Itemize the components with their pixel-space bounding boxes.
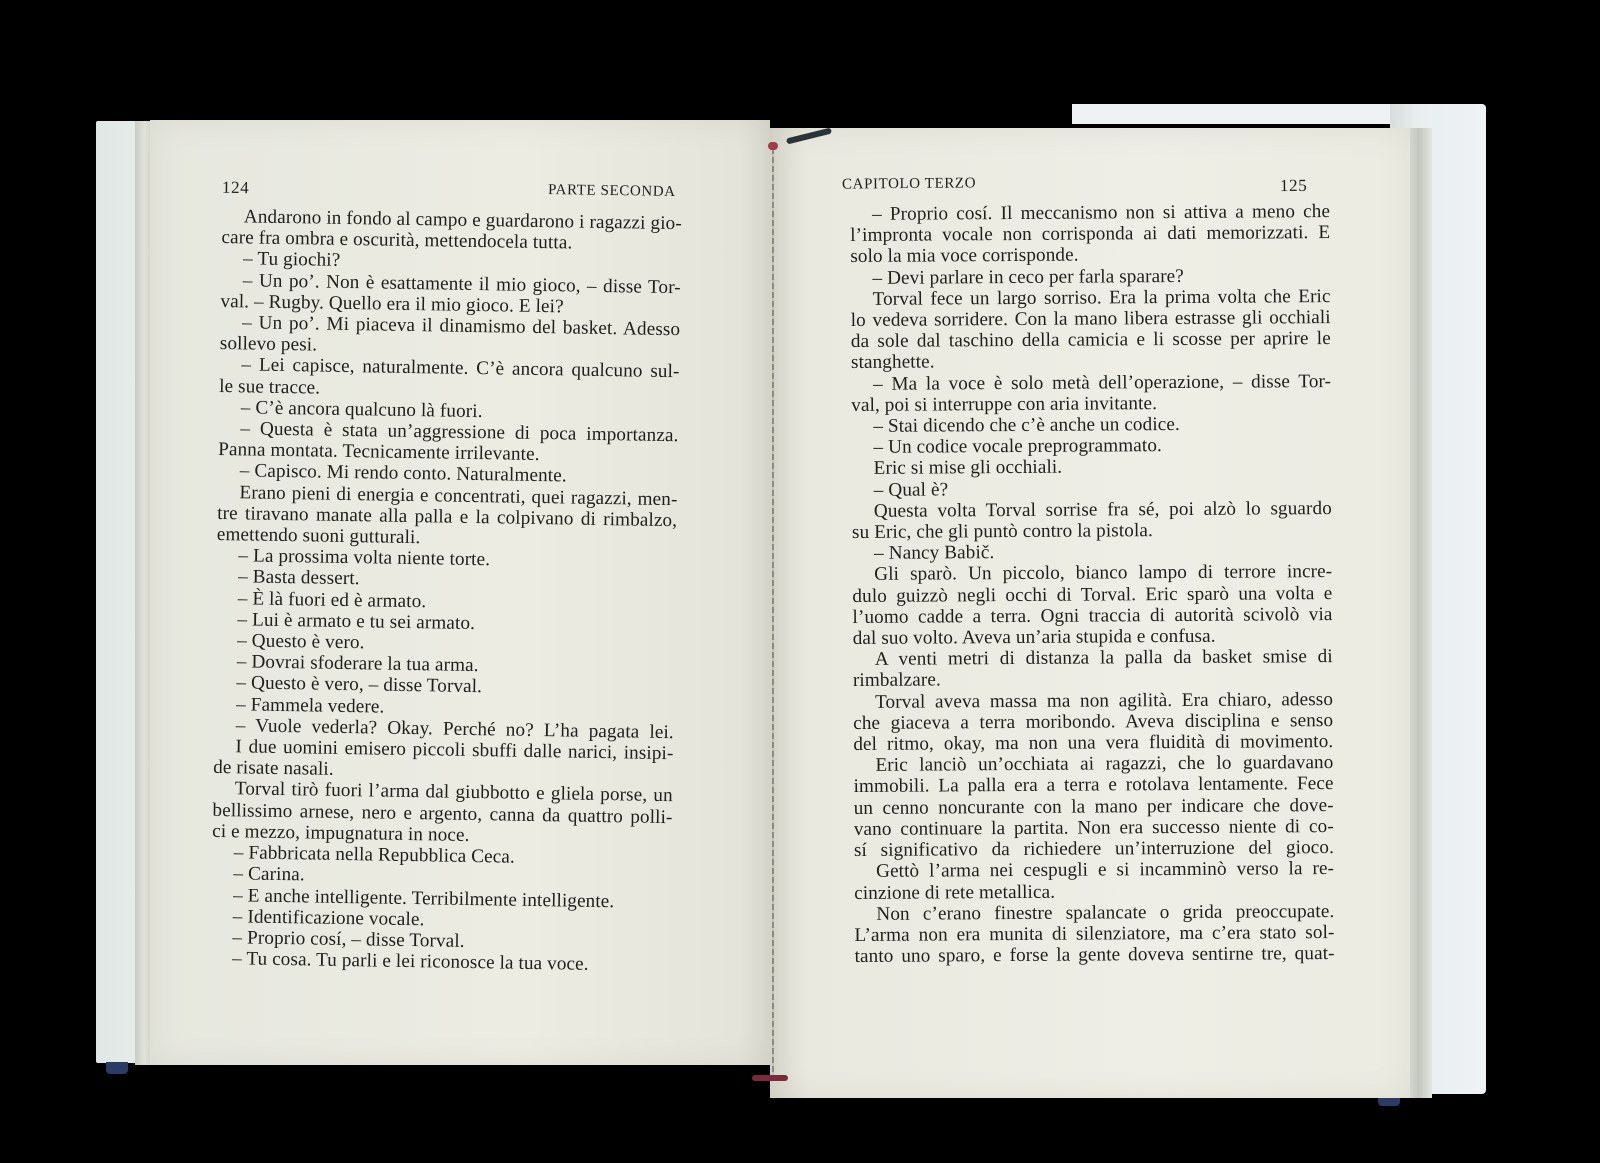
headband [768, 142, 778, 150]
text-line: Gli sparò. Un piccolo, bianco lampo di t… [852, 562, 1332, 586]
text-line: rimbalzare. [853, 668, 1333, 692]
text-line: – Nancy Babič. [852, 540, 1332, 564]
right-running-head: CAPITOLO TERZO [842, 175, 976, 193]
text-line: del ritmo, okay, ma non una vera fluidit… [853, 731, 1333, 755]
text-line: vano continuare la partita. Non era succ… [854, 816, 1334, 840]
book-gutter [772, 148, 774, 1078]
cover-foot-left [106, 1062, 128, 1074]
text-line: Torval aveva massa ma non agilità. Era c… [853, 689, 1333, 713]
text-line: lo vedeva sorridere. Con la mano libera … [851, 307, 1331, 331]
text-line: dal suo volto. Aveva un’aria stupida e c… [853, 625, 1333, 649]
text-line: Gettò l’arma nei cespugli e si incamminò… [854, 858, 1334, 882]
text-line: dulo guizzò negli occhi di Torval. Eric … [852, 583, 1332, 607]
text-line: – Ma la voce è solo metà dell’operazione… [851, 371, 1331, 395]
text-line: val, poi si interruppe con aria invitant… [851, 392, 1331, 416]
text-line: Eric lanciò un’occhiata ai ragazzi, che … [853, 752, 1333, 776]
text-line: l’uomo cadde a terra. Ogni traccia di au… [852, 604, 1332, 628]
text-line: Eric si mise gli occhiali. [852, 456, 1332, 480]
left-running-head: PARTE SECONDA [548, 182, 676, 201]
photo-scene: 124 PARTE SECONDA CAPITOLO TERZO 125 And… [0, 0, 1600, 1163]
text-line: che giaceva a terra moribondo. Aveva dis… [853, 710, 1333, 734]
text-line: immobili. La palla era a terra e rotolav… [853, 774, 1333, 798]
text-line: cinzione di rete metallica. [854, 880, 1334, 904]
left-page-number: 124 [222, 178, 250, 198]
text-line: solo la mia voce corrisponde. [850, 243, 1330, 267]
right-page-stack [1410, 128, 1432, 1098]
text-line: Non c’erano finestre spalancate o grida … [854, 901, 1334, 925]
text-line: tanto uno sparo, e forse la gente doveva… [855, 943, 1335, 967]
right-page-number: 125 [1280, 176, 1307, 196]
text-line: l’impronta vocale non corrisponda ai dat… [850, 222, 1330, 246]
text-line: un cenno noncurante con la mano per indi… [854, 795, 1334, 819]
text-line: da sole dal taschino della camicia e li … [851, 328, 1331, 352]
text-line: stanghette. [851, 349, 1331, 373]
text-line: A venti metri di distanza la palla da ba… [853, 646, 1333, 670]
tailband [752, 1075, 788, 1081]
text-line: L’arma non era munita di silenziatore, m… [854, 922, 1334, 946]
text-line: – Qual è? [852, 477, 1332, 501]
text-line: su Eric, che gli puntò contro la pistola… [852, 519, 1332, 543]
left-page-body: Andarono in fondo al campo e guardarono … [210, 206, 682, 976]
text-line: – Stai dicendo che c’è anche un codice. [851, 413, 1331, 437]
left-page-stack [135, 121, 151, 1065]
text-line: – Devi parlare in ceco per farla sparare… [850, 265, 1330, 289]
text-line: – Un codice vocale preprogrammato. [851, 434, 1331, 458]
text-line: Questa volta Torval sorrise fra sé, poi … [852, 498, 1332, 522]
text-line: sí significativo da richiedere un’interr… [854, 837, 1334, 861]
text-line: – Proprio cosí. Il meccanismo non si att… [850, 201, 1330, 225]
text-line: Torval fece un largo sorriso. Era la pri… [851, 286, 1331, 310]
right-page-body: – Proprio cosí. Il meccanismo non si att… [850, 201, 1335, 967]
